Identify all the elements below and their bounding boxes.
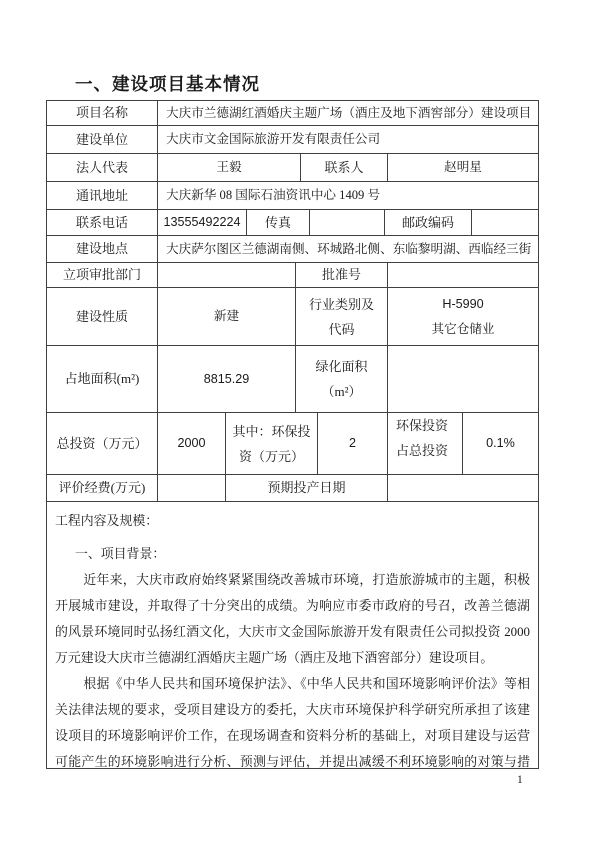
- background-paragraph-2: 根据《中华人民共和国环境保护法》、《中华人民共和国环境影响评价法》等相关法律法规…: [55, 671, 530, 769]
- phone-label: 联系电话: [46, 209, 158, 236]
- green-area-label-line1: 绿化面积: [315, 354, 367, 379]
- phone-value: 13555492224: [157, 209, 247, 236]
- env-investment-label-line1: 其中：环保投: [232, 419, 310, 444]
- page-number: 1: [517, 774, 523, 786]
- legal-rep-label: 法人代表: [46, 153, 158, 182]
- site-label: 建设地点: [46, 235, 158, 263]
- env-investment-label: 其中：环保投 资（万元）: [225, 412, 318, 475]
- project-name-label: 项目名称: [46, 100, 158, 126]
- green-area-label-line2: （m²）: [321, 379, 361, 404]
- address-value: 大庆新华 08 国际石油资讯中心 1409 号: [157, 181, 539, 210]
- total-investment-value: 2000: [157, 412, 226, 475]
- industry-name: 其它仓储业: [432, 317, 495, 342]
- approval-dept-value: [157, 262, 296, 288]
- land-area-value: 8815.29: [157, 345, 296, 413]
- env-ratio-label: 环保投资 占总投资: [387, 412, 463, 475]
- contact-person-label: 联系人: [300, 153, 388, 182]
- content-subheading: 一、项目背景：: [55, 541, 530, 567]
- industry-label-line1: 行业类别及: [309, 292, 374, 317]
- production-date-label: 预期投产日期: [225, 474, 388, 502]
- site-value: 大庆萨尔图区兰德湖南侧、环城路北侧、东临黎明湖、西临经三街: [157, 235, 539, 263]
- nature-value: 新建: [157, 287, 296, 346]
- industry-code: H-5990: [442, 292, 483, 317]
- env-ratio-value: 0.1%: [462, 412, 539, 475]
- address-label: 通讯地址: [46, 181, 158, 210]
- section-title: 一、建设项目基本情况: [75, 71, 260, 96]
- content-box: 工程内容及规模： 一、项目背景： 近年来，大庆市政府始终紧紧围绕改善城市环境，打…: [46, 501, 539, 769]
- fax-label: 传真: [246, 209, 310, 236]
- nature-label: 建设性质: [46, 287, 158, 346]
- eval-fee-label: 评价经费(万元): [46, 474, 158, 502]
- legal-rep-value: 王毅: [157, 153, 301, 182]
- fax-value: [309, 209, 385, 236]
- industry-value: H-5990 其它仓储业: [387, 287, 539, 346]
- approval-no-label: 批准号: [295, 262, 388, 288]
- total-investment-label: 总投资（万元）: [46, 412, 158, 475]
- project-name-value: 大庆市兰德湖红酒婚庆主题广场（酒庄及地下酒窖部分）建设项目: [157, 100, 539, 126]
- industry-label: 行业类别及 代码: [295, 287, 388, 346]
- construction-unit-label: 建设单位: [46, 125, 158, 154]
- document-page: 一、建设项目基本情况 项目名称 大庆市兰德湖红酒婚庆主题广场（酒庄及地下酒窖部分…: [0, 0, 595, 842]
- green-area-value: [387, 345, 539, 413]
- env-investment-value: 2: [317, 412, 388, 475]
- background-paragraph-1: 近年来，大庆市政府始终紧紧围绕改善城市环境，打造旅游城市的主题，积极开展城市建设…: [55, 567, 530, 671]
- green-area-label: 绿化面积 （m²）: [295, 345, 388, 413]
- approval-dept-label: 立项审批部门: [46, 262, 158, 288]
- env-investment-label-line2: 资（万元）: [239, 444, 304, 469]
- env-ratio-label-line2: 占总投资: [396, 438, 448, 463]
- eval-fee-value: [157, 474, 226, 502]
- postcode-value: [471, 209, 539, 236]
- content-heading: 工程内容及规模：: [55, 508, 530, 534]
- approval-no-value: [387, 262, 539, 288]
- construction-unit-value: 大庆市文金国际旅游开发有限责任公司: [157, 125, 539, 154]
- land-area-label: 占地面积(m²): [46, 345, 158, 413]
- contact-person-value: 赵明星: [387, 153, 539, 182]
- production-date-value: [387, 474, 539, 502]
- postcode-label: 邮政编码: [384, 209, 472, 236]
- env-ratio-label-line1: 环保投资: [396, 413, 448, 438]
- industry-label-line2: 代码: [328, 317, 354, 342]
